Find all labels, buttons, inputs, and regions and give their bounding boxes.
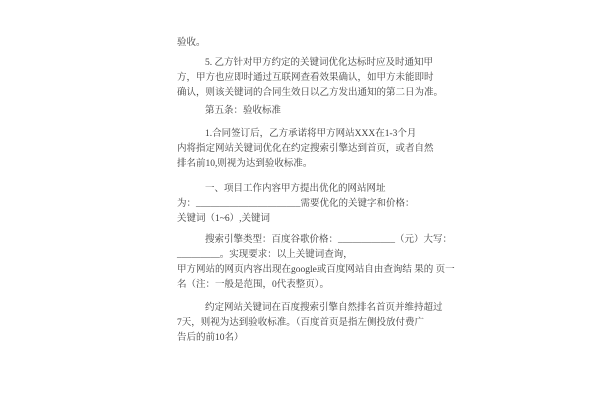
doc-line: 关键词（1~6）,关键词 xyxy=(177,212,445,227)
doc-line: 确认，则该关键词的合同生效日以乙方发出通知的第二日为准。 xyxy=(177,86,445,101)
doc-line: _________。实现要求：以上关键词查询， xyxy=(177,248,445,263)
doc-line: 搜索引擎类型：百度谷歌价格：____________（元）大写： xyxy=(177,233,445,248)
doc-line: 告后的前10名） xyxy=(177,331,445,346)
doc-line: 1.合同签订后，乙方承诺将甲方网站XXX在1-3个月 xyxy=(177,127,445,142)
doc-line: 方，甲方也应即时通过互联网查看效果确认，如甲方未能即时 xyxy=(177,71,445,86)
document-page: 验收。 5. 乙方针对甲方约定的关键词优化达标时应及时通知甲 方，甲方也应即时通… xyxy=(0,0,600,400)
doc-line: 一、项目工作内容甲方提出优化的网站网址 xyxy=(177,182,445,197)
contract-text-block: 验收。 5. 乙方针对甲方约定的关键词优化达标时应及时通知甲 方，甲方也应即时通… xyxy=(177,36,445,346)
doc-line: 验收。 xyxy=(177,36,445,51)
doc-line: 为：______________________需要优化的关键字和价格： xyxy=(177,197,445,212)
doc-line: 甲方网站的网页内容出现在google或百度网站自由查询结 果的 页一 xyxy=(177,263,445,278)
doc-line: 约定网站关键词在百度搜索引擎自然排名首页并维持超过 xyxy=(177,301,445,316)
doc-line: 名（注：一般是范围，0代表整页）。 xyxy=(177,278,445,293)
doc-line: 7天，则视为达到验收标准。（百度首页是指左侧投放付费广 xyxy=(177,316,445,331)
doc-line: 内将指定网站关键词优化在约定搜索引擎达到首页，或者自然 xyxy=(177,142,445,157)
doc-line: 排名前10,则视为达到验收标准。 xyxy=(177,157,445,172)
doc-line: 5. 乙方针对甲方约定的关键词优化达标时应及时通知甲 xyxy=(177,56,445,71)
doc-line: 第五条：验收标准 xyxy=(177,104,445,119)
